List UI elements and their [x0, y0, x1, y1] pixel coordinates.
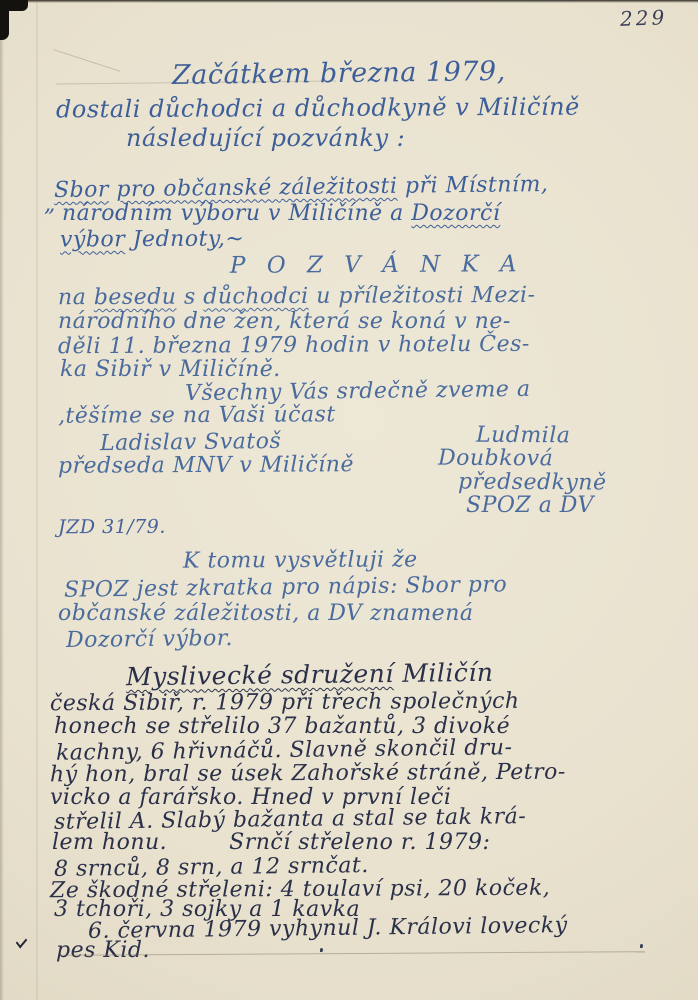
reference-mark: JZD 31/79. [58, 516, 166, 539]
ink-speck [640, 944, 643, 948]
line-body-1: na besedu s důchodci u příležitosti Mezi… [58, 283, 536, 310]
signature-right-2: Doubková [438, 446, 553, 472]
paper-crease [36, 0, 38, 1000]
scan-edge-top [0, 0, 698, 3]
line-body-3: děli 11. března 1979 hodin v hotelu Čes- [58, 332, 530, 359]
line-invitation-1: Sbor pro občanské záležitosti při Místní… [54, 172, 549, 203]
line-intro-2: dostali důchodci a důchodkyně v Miličíně [56, 93, 580, 124]
scan-corner-black [0, 0, 28, 11]
line-intro-3: následující pozvánky : [126, 124, 405, 152]
signature-left-role: předseda MNV v Miličíně [58, 452, 354, 479]
line-invitation-3: výbor Jednoty,~ [60, 227, 244, 253]
pen-checkmark [16, 934, 27, 948]
page-number: 229 [620, 5, 668, 31]
line-hunt-12: pes Kid. [56, 938, 150, 963]
line-note-3: občanské záležitosti, a DV znamená [58, 601, 473, 626]
line-hunt-4: hý hon, bral se úsek Zahořské stráně, Pe… [50, 760, 566, 788]
signature-right-1: Ludmila [476, 423, 571, 449]
line-hunt-1: česká Sibiř, r. 1979 při třech společnýc… [50, 689, 520, 716]
line-body-6: ‚těšíme se na Vaši účast [58, 402, 336, 428]
line-note-2: SPOZ jest zkratka pro nápis: Sbor pro [64, 572, 507, 602]
line-body-5: Všechny Vás srdečně zveme a [185, 377, 531, 406]
line-hunt-7: lem honu.Srnčí střeleno r. 1979: [52, 830, 490, 855]
line-note-4: Dozorčí výbor. [66, 626, 233, 653]
ink-speck [320, 948, 323, 952]
line-invitation-2: národním výboru v Miličíně a Dozorčí [62, 201, 500, 226]
chronicle-page: 229 Začátkem března 1979, dostali důchod… [0, 0, 698, 1000]
signature-right-4: SPOZ a DV [466, 493, 594, 518]
invitation-heading: P O Z V Á N K A [230, 251, 524, 279]
scan-edge-left [0, 0, 4, 1000]
signature-right-3: předsedkyně [458, 469, 607, 495]
line-body-2: národního dne žen, která se koná v ne- [58, 309, 511, 334]
hunt-section-title: Myslivecké sdružení Miličín [126, 658, 494, 691]
pencil-scribble [54, 49, 121, 72]
line-title: Začátkem března 1979, [172, 56, 506, 91]
line-note-1: K tomu vysvětluji že [183, 547, 418, 573]
line-body-4: ka Sibiř v Miličíně. [60, 357, 281, 382]
line-hunt-11: 6. června 1979 vyhynul J. Královi loveck… [88, 913, 568, 944]
